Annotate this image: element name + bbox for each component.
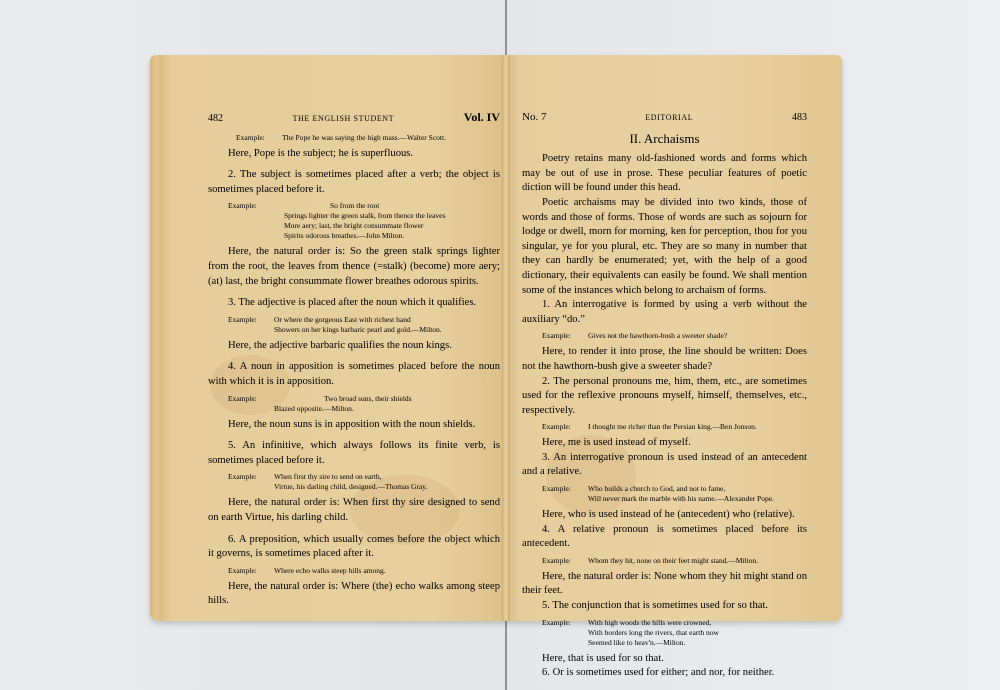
page-number: 483 [792, 111, 807, 126]
example-line: Who builds a church to God, and not to f… [588, 484, 807, 494]
example-line: With borders long the rivers, that earth… [588, 628, 807, 638]
example-line: Virtue, his darling child, designed.—Tho… [274, 482, 500, 492]
example-lines: When first thy sire to send on earth, Vi… [274, 472, 500, 492]
example-line: Will never mark the marble with his name… [588, 494, 807, 504]
paragraph: Here, Pope is the subject; he is superfl… [208, 147, 500, 162]
example-lines: Two broad suns, their shields Blazed opp… [274, 394, 500, 414]
example: Example: Or where the gorgeous East with… [228, 315, 500, 335]
example: Example: With high woods the hills were … [542, 618, 807, 648]
example-line: More aery; last, the bright consummate f… [274, 221, 500, 231]
example-label: Example: [228, 394, 274, 414]
paragraph: Here, the natural order is: When first t… [208, 496, 500, 525]
example-lines: With high woods the hills were crowned, … [588, 618, 807, 648]
paragraph: 5. The conjunction that is sometimes use… [522, 599, 807, 614]
example-label: Example: [542, 556, 588, 566]
paragraph: 6. Or is sometimes used for either; and … [522, 666, 807, 681]
example: Example: Whom they hit, none on their fe… [542, 556, 807, 566]
paragraph: 1. An interrogative is formed by using a… [522, 298, 807, 327]
example-text: Where echo walks steep hills among. [274, 566, 500, 576]
example-label: Example: [542, 618, 588, 648]
paragraph: Here, the adjective barbaric qualifies t… [208, 339, 500, 354]
paragraph: Here, to render it into prose, the line … [522, 345, 807, 374]
example-line: When first thy sire to send on earth, [274, 472, 500, 482]
example-line: So from the root [274, 201, 500, 211]
issue-label: No. 7 [522, 110, 546, 125]
example-lines: So from the root Springs lighter the gre… [274, 201, 500, 241]
open-book: 482 THE ENGLISH STUDENT Vol. IV Example:… [150, 55, 842, 621]
example-line: Springs lighter the green stalk, from th… [274, 211, 500, 221]
example-lines: Who builds a church to God, and not to f… [588, 484, 807, 504]
paragraph: 2. The personal pronouns me, him, them, … [522, 375, 807, 419]
example-label: Example: [542, 484, 588, 504]
right-page-header: No. 7 EDITORIAL 483 [522, 110, 807, 126]
paragraph: Here, who is used instead of he (anteced… [522, 508, 807, 523]
book-gutter [502, 55, 510, 621]
example-line: Spirits odorous breathes.—John Milton. [274, 231, 500, 241]
example: Example: Gives not the hawthorn-bush a s… [542, 331, 807, 341]
example-text: The Pope he was saying the high mass.—Wa… [282, 133, 500, 143]
running-title: THE ENGLISH STUDENT [293, 112, 395, 127]
example: Example: Who builds a church to God, and… [542, 484, 807, 504]
example: Example: I thought me richer than the Pe… [542, 422, 807, 432]
section-title: II. Archaisms [522, 132, 807, 147]
example-label: Example: [228, 566, 274, 576]
paragraph: Here, the noun suns is in apposition wit… [208, 418, 500, 433]
example-line: Two broad suns, their shields [274, 394, 500, 404]
right-page-text: No. 7 EDITORIAL 483 II. Archaisms Poetry… [522, 110, 807, 681]
paragraph: 3. An interrogative pronoun is used inst… [522, 451, 807, 480]
paragraph: 5. An infinitive, which always follows i… [208, 439, 500, 468]
paragraph: Here, the natural order is: None whom th… [522, 570, 807, 599]
paragraph: 6. A preposition, which usually comes be… [208, 533, 500, 562]
example-text: Whom they hit, none on their feet might … [588, 556, 807, 566]
running-title: EDITORIAL [645, 111, 693, 126]
example-lines: Or where the gorgeous East with richest … [274, 315, 500, 335]
example-line: Or where the gorgeous East with richest … [274, 315, 500, 325]
example-line: Seemed like to heav'n.—Milton. [588, 638, 807, 648]
paragraph: Here, that is used for so that. [522, 652, 807, 667]
left-page-text: 482 THE ENGLISH STUDENT Vol. IV Example:… [208, 110, 500, 609]
example-line: With high woods the hills were crowned, [588, 618, 807, 628]
paragraph: Poetic archaisms may be divided into two… [522, 196, 807, 298]
paragraph: Here, the natural order is: Where (the) … [208, 580, 500, 609]
paragraph: Here, me is used instead of myself. [522, 436, 807, 451]
paragraph: 4. A relative pronoun is sometimes place… [522, 523, 807, 552]
example: Example: When first thy sire to send on … [228, 472, 500, 492]
example-line: Showers on her kings barbaric pearl and … [274, 325, 500, 335]
example: Example: So from the root Springs lighte… [228, 201, 500, 241]
paragraph: Here, the natural order is: So the green… [208, 245, 500, 289]
example: Example: Two broad suns, their shields B… [228, 394, 500, 414]
example-label: Example: [542, 422, 588, 432]
paragraph: 2. The subject is sometimes placed after… [208, 168, 500, 197]
paragraph: 3. The adjective is placed after the nou… [208, 296, 500, 311]
page-number: 482 [208, 112, 223, 127]
paragraph: Poetry retains many old-fashioned words … [522, 152, 807, 196]
example: Example: The Pope he was saying the high… [236, 133, 500, 143]
example-label: Example: [228, 201, 274, 241]
left-page-header: 482 THE ENGLISH STUDENT Vol. IV [208, 110, 500, 127]
example-label: Example: [542, 331, 588, 341]
example-label: Example: [228, 315, 274, 335]
paragraph: 4. A noun in apposition is sometimes pla… [208, 360, 500, 389]
example-label: Example: [236, 133, 282, 143]
example: Example: Where echo walks steep hills am… [228, 566, 500, 576]
example-label: Example: [228, 472, 274, 492]
example-line: Blazed opposite.—Milton. [274, 404, 500, 414]
example-text: Gives not the hawthorn-bush a sweeter sh… [588, 331, 807, 341]
volume-label: Vol. IV [464, 110, 500, 125]
example-text: I thought me richer than the Persian kin… [588, 422, 807, 432]
